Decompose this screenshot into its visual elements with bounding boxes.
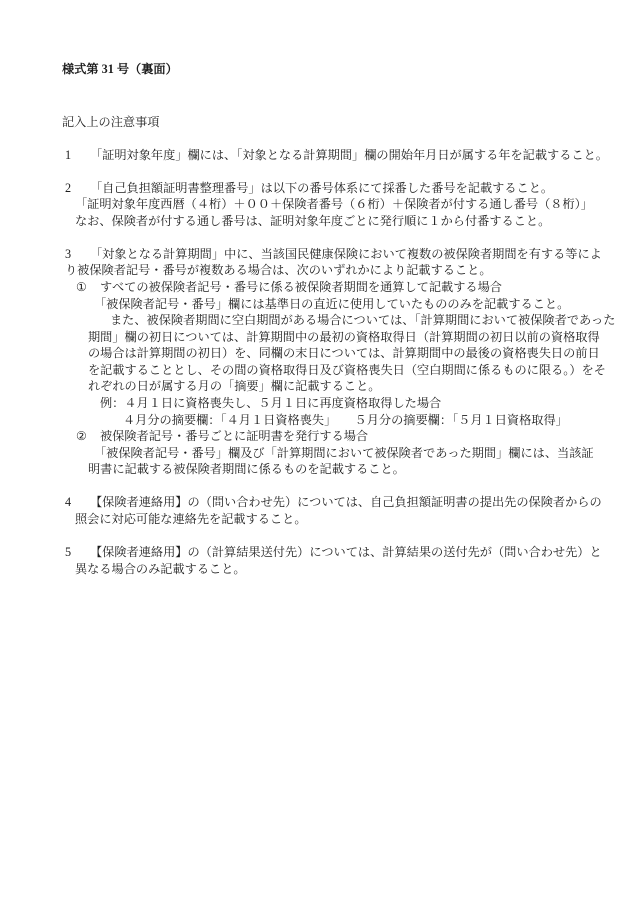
note-item-3-sub-2-text: 被保険者記号・番号ごとに証明書を発行する場合: [100, 429, 368, 443]
note-item-3-sub-1-line-4: 期間」欄の初日については、計算期間中の最初の資格取得日（計算期間の初日以前の資格…: [0, 329, 630, 346]
note-item-3-sub-1-line-3: また、被保険者期間に空白期間がある場合については、「計算期間において被保険者であ…: [0, 312, 630, 329]
note-item-1: 1「証明対象年度」欄には、「対象となる計算期間」欄の開始年月日が属する年を記載す…: [0, 147, 630, 164]
note-item-1-text: 「証明対象年度」欄には、「対象となる計算期間」欄の開始年月日が属する年を記載する…: [90, 148, 608, 162]
notes-heading: 記入上の注意事項: [0, 114, 630, 131]
note-item-3-sub-2-line-3: 明書に記載する被保険者期間に係るものを記載すること。: [0, 461, 630, 478]
note-item-3-sub-1-header: ①すべての被保険者記号・番号に係る被保険者期間を通算して記載する場合: [0, 279, 630, 296]
note-item-2-line-2: 「証明対象年度西暦（４桁）＋００＋保険者番号（６桁）＋保険者が付する通し番号（８…: [0, 196, 630, 213]
note-item-2-line-1: 2「自己負担額証明書整理番号」は以下の番号体系にて採番した番号を記載すること。: [0, 180, 630, 197]
form-number-title: 様式第 31 号（裏面）: [0, 61, 630, 78]
document-page: 様式第 31 号（裏面） 記入上の注意事項 1「証明対象年度」欄には、「対象とな…: [0, 0, 630, 903]
note-item-2-line-3: なお、保険者が付する通し番号は、証明対象年度ごとに発行順に１から付番すること。: [0, 213, 630, 230]
note-item-4-text-1: 【保険者連絡用】の（問い合わせ先）については、自己負担額証明書の提出先の保険者か…: [90, 495, 602, 509]
note-item-5-text-1: 【保険者連絡用】の（計算結果送付先）については、計算結果の送付先が（問い合わせ先…: [90, 545, 602, 559]
note-item-2-number: 2: [65, 180, 90, 197]
note-item-3-sub-1-text: すべての被保険者記号・番号に係る被保険者期間を通算して記載する場合: [100, 280, 502, 294]
note-item-5-line-1: 5【保険者連絡用】の（計算結果送付先）については、計算結果の送付先が（問い合わせ…: [0, 544, 630, 561]
note-item-3-sub-2-line-2: 「被保険者記号・番号」欄及び「計算期間において被保険者であった期間」欄には、当該…: [0, 445, 630, 462]
note-item-5-line-2: 異なる場合のみ記載すること。: [0, 561, 630, 578]
note-item-3-sub-1-line-2: 「被保険者記号・番号」欄には基準日の直近に使用していたもののみを記載すること。: [0, 296, 630, 313]
note-item-3-example-line-2: ４月分の摘要欄：「４月１日資格喪失」 ５月分の摘要欄：「５月１日資格取得」: [0, 412, 630, 429]
note-item-4-line-1: 4【保険者連絡用】の（問い合わせ先）については、自己負担額証明書の提出先の保険者…: [0, 494, 630, 511]
note-item-3-line-1: 3「対象となる計算期間」中に、当該国民健康保険において複数の被保険者期間を有する…: [0, 246, 630, 263]
note-item-5-number: 5: [65, 544, 90, 561]
note-item-3-text-1: 「対象となる計算期間」中に、当該国民健康保険において複数の被保険者期間を有する等…: [90, 247, 602, 261]
note-item-3-sub-1-line-6: を記載することとし、その間の資格取得日及び資格喪失日（空白期間に係るものに限る。…: [0, 362, 630, 379]
note-item-3-sub-1-line-7: れぞれの日が属する月の「摘要」欄に記載すること。: [0, 378, 630, 395]
note-item-3-sub-1-line-5: の場合は計算期間の初日）を、同欄の末日については、計算期間中の最後の資格喪失日の…: [0, 345, 630, 362]
note-item-3-number: 3: [65, 246, 90, 263]
note-item-1-number: 1: [65, 147, 90, 164]
note-item-2-text-1: 「自己負担額証明書整理番号」は以下の番号体系にて採番した番号を記載すること。: [90, 181, 553, 195]
note-item-3-line-2: り被保険者記号・番号が複数ある場合は、次のいずれかにより記載すること。: [0, 262, 630, 279]
note-item-3-example-line-1: 例：４月１日に資格喪失し、５月１日に再度資格取得した場合: [0, 395, 630, 412]
note-item-4-number: 4: [65, 494, 90, 511]
note-item-3-sub-2-header: ②被保険者記号・番号ごとに証明書を発行する場合: [0, 428, 630, 445]
circled-1-marker: ①: [76, 279, 100, 296]
note-item-4-line-2: 照会に対応可能な連絡先を記載すること。: [0, 511, 630, 528]
circled-2-marker: ②: [76, 428, 100, 445]
